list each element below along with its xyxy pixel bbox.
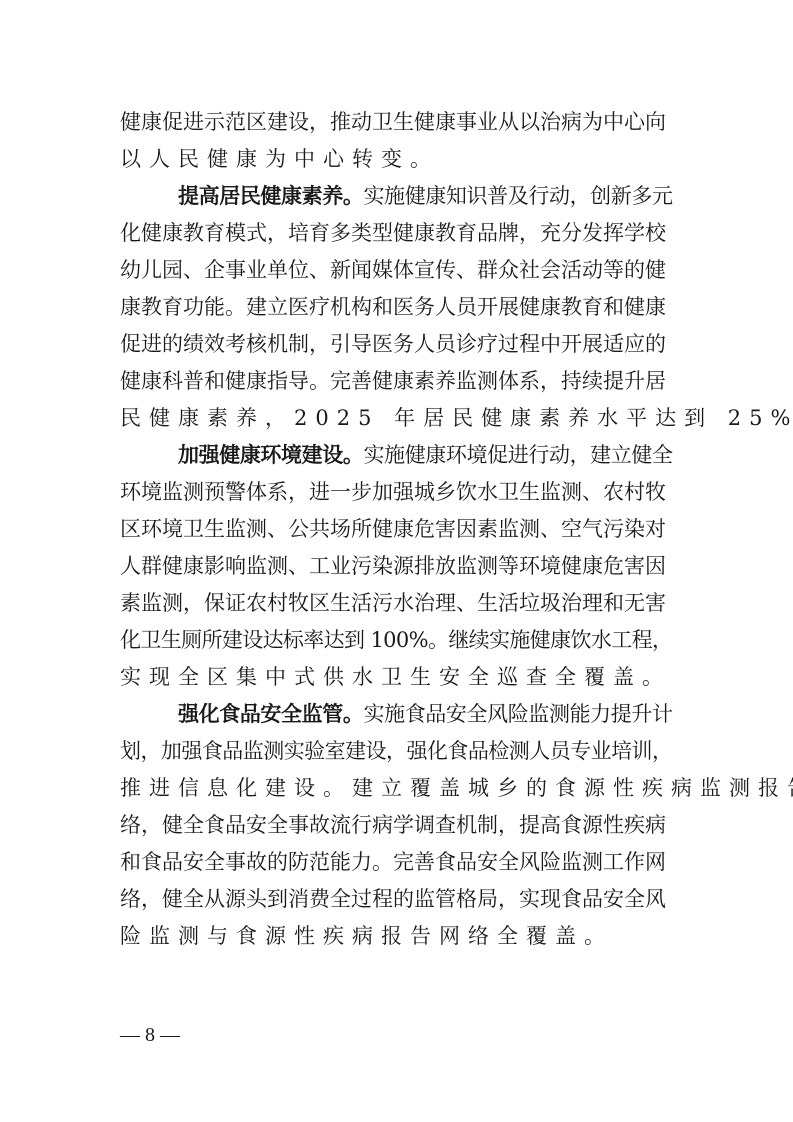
text-line: 幼儿园、企事业单位、新闻媒体宣传、群众社会活动等的健 (120, 252, 673, 289)
line-text: 促进的绩效考核机制，引导医务人员诊疗过程中开展适应的 (120, 332, 666, 356)
line-text: 环境监测预警体系，进一步加强城乡饮水卫生监测、农村牧 (120, 480, 666, 504)
line-text: 健康科普和健康指导。完善健康素养监测体系，持续提升居 (120, 369, 666, 393)
text-line: 人群健康影响监测、工业污染源排放监测等环境健康危害因 (120, 548, 673, 585)
paragraph-heading: 提高居民健康素养。 (178, 184, 363, 208)
line-text: 人群健康影响监测、工业污染源排放监测等环境健康危害因 (120, 554, 666, 578)
text-line: 民健康素养，2025 年居民健康素养水平达到 25%以上。 (120, 400, 673, 437)
body-text: 健康促进示范区建设，推动卫生健康事业从以治病为中心向以人民健康为中心转变。提高居… (120, 104, 673, 955)
paragraph-first-line: 强化食品安全监管。实施食品安全风险监测能力提升计 (120, 696, 673, 733)
line-text: 络，健全食品安全事故流行病学调查机制，提高食源性疾病 (120, 813, 666, 837)
document-page: 健康促进示范区建设，推动卫生健康事业从以治病为中心向以人民健康为中心转变。提高居… (0, 0, 793, 1122)
line-text: 划，加强食品监测实验室建设，强化食品检测人员专业培训， (120, 739, 672, 763)
text-line: 推进信息化建设。建立覆盖城乡的食源性疾病监测报告网 (120, 770, 673, 807)
text-line: 络，健全从源头到消费全过程的监管格局，实现食品安全风 (120, 881, 673, 918)
text-line: 促进的绩效考核机制，引导医务人员诊疗过程中开展适应的 (120, 326, 673, 363)
text-line: 络，健全食品安全事故流行病学调查机制，提高食源性疾病 (120, 807, 673, 844)
line-text: 幼儿园、企事业单位、新闻媒体宣传、群众社会活动等的健 (120, 258, 666, 282)
line-text: 以人民健康为中心转变。 (120, 147, 439, 171)
paragraph-heading: 强化食品安全监管。 (178, 702, 363, 726)
line-text: 健康促进示范区建设，推动卫生健康事业从以治病为中心向 (120, 110, 666, 134)
text-line: 健康科普和健康指导。完善健康素养监测体系，持续提升居 (120, 363, 673, 400)
text-line: 区环境卫生监测、公共场所健康危害因素监测、空气污染对 (120, 511, 673, 548)
line-text: 推进信息化建设。建立覆盖城乡的食源性疾病监测报告网 (120, 776, 793, 800)
paragraph-first-line: 提高居民健康素养。实施健康知识普及行动，创新多元 (120, 178, 673, 215)
line-text: 实施健康环境促进行动，建立健全 (363, 443, 672, 467)
text-line: 和食品安全事故的防范能力。完善食品安全风险监测工作网 (120, 844, 673, 881)
line-text: 络，健全从源头到消费全过程的监管格局，实现食品安全风 (120, 887, 666, 911)
text-line: 实现全区集中式供水卫生安全巡查全覆盖。 (120, 659, 673, 696)
text-line: 险监测与食源性疾病报告网络全覆盖。 (120, 918, 673, 955)
line-text: 素监测，保证农村牧区生活污水治理、生活垃圾治理和无害 (120, 591, 666, 615)
text-line: 素监测，保证农村牧区生活污水治理、生活垃圾治理和无害 (120, 585, 673, 622)
text-line: 划，加强食品监测实验室建设，强化食品检测人员专业培训， (120, 733, 673, 770)
paragraph-first-line: 加强健康环境建设。实施健康环境促进行动，建立健全 (120, 437, 673, 474)
line-text: 区环境卫生监测、公共场所健康危害因素监测、空气污染对 (120, 517, 666, 541)
line-text: 康教育功能。建立医疗机构和医务人员开展健康教育和健康 (120, 295, 666, 319)
text-line: 环境监测预警体系，进一步加强城乡饮水卫生监测、农村牧 (120, 474, 673, 511)
line-text: 险监测与食源性疾病报告网络全覆盖。 (120, 924, 613, 948)
text-line: 健康促进示范区建设，推动卫生健康事业从以治病为中心向 (120, 104, 673, 141)
text-line: 化卫生厕所建设达标率达到 100%。继续实施健康饮水工程， (120, 622, 673, 659)
text-line: 化健康教育模式，培育多类型健康教育品牌，充分发挥学校 (120, 215, 673, 252)
line-text: 和食品安全事故的防范能力。完善食品安全风险监测工作网 (120, 850, 666, 874)
line-text: 实施食品安全风险监测能力提升计 (363, 702, 672, 726)
line-text: 化卫生厕所建设达标率达到 100%。继续实施健康饮水工程， (120, 628, 672, 652)
page-number: — 8 — (120, 1024, 180, 1047)
paragraph-heading: 加强健康环境建设。 (178, 443, 363, 467)
text-line: 以人民健康为中心转变。 (120, 141, 673, 178)
line-text: 化健康教育模式，培育多类型健康教育品牌，充分发挥学校 (120, 221, 666, 245)
line-text: 实现全区集中式供水卫生安全巡查全覆盖。 (120, 665, 671, 689)
line-text: 民健康素养，2025 年居民健康素养水平达到 25%以上。 (120, 406, 793, 430)
text-line: 康教育功能。建立医疗机构和医务人员开展健康教育和健康 (120, 289, 673, 326)
line-text: 实施健康知识普及行动，创新多元 (363, 184, 672, 208)
